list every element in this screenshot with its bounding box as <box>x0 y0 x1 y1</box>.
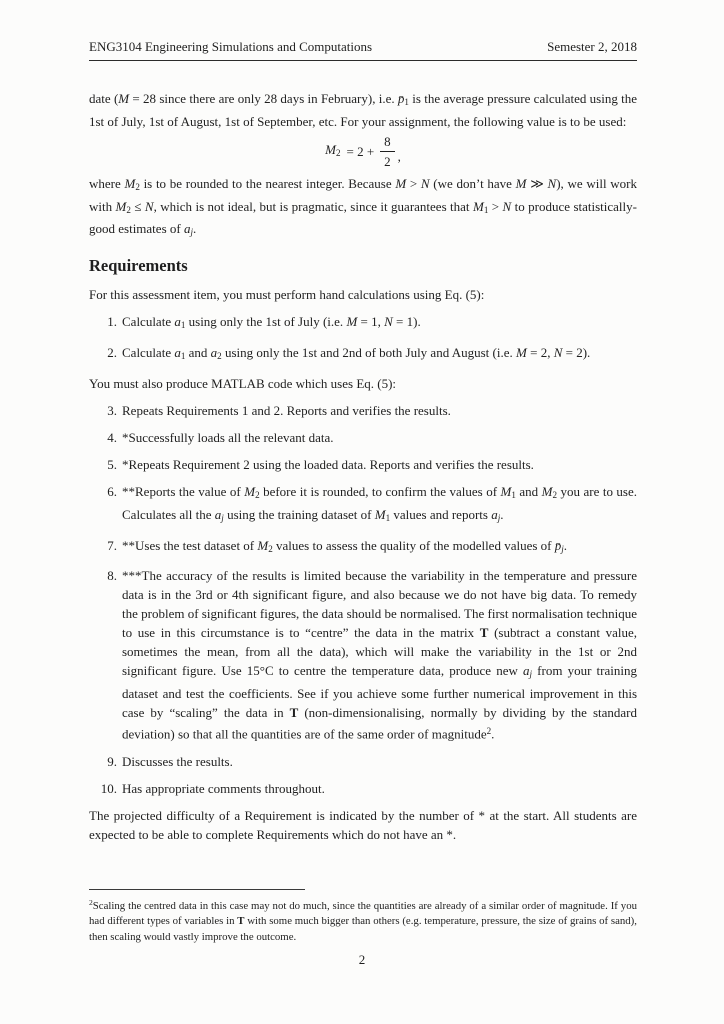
header-rule <box>89 60 637 61</box>
equation-mid: = 2 + <box>346 142 374 161</box>
equation-lhs: M2 <box>325 140 340 163</box>
page-number: 2 <box>0 950 724 969</box>
list-item: 6. **Reports the value of M2 before it i… <box>89 482 637 528</box>
list-item: 8. ***The accuracy of the results is lim… <box>89 566 637 743</box>
item-number: 2. <box>89 343 117 366</box>
item-text: *Repeats Requirement 2 using the loaded … <box>122 455 637 474</box>
footnote-rule <box>89 889 305 890</box>
list-item: 3. Repeats Requirements 1 and 2. Reports… <box>89 401 637 420</box>
list-item: 5. *Repeats Requirement 2 using the load… <box>89 455 637 474</box>
page-header: ENG3104 Engineering Simulations and Comp… <box>89 37 637 56</box>
item-text: **Reports the value of M2 before it is r… <box>122 482 637 528</box>
item-number: 4. <box>89 428 117 447</box>
paragraph-closing: The projected difficulty of a Requiremen… <box>89 806 637 844</box>
footnote-text: 2Scaling the centred data in this case m… <box>89 895 637 945</box>
item-number: 10. <box>89 779 117 798</box>
list-item: 4. *Successfully loads all the relevant … <box>89 428 637 447</box>
item-text: Repeats Requirements 1 and 2. Reports an… <box>122 401 637 420</box>
equation-display: M2 = 2 + 8 2 , <box>89 133 637 170</box>
requirements-list-hand: 1. Calculate a1 using only the 1st of Ju… <box>89 312 637 366</box>
item-text: ***The accuracy of the results is limite… <box>122 566 637 743</box>
header-course-title: ENG3104 Engineering Simulations and Comp… <box>89 37 372 56</box>
item-number: 5. <box>89 455 117 474</box>
item-text: Discusses the results. <box>122 752 637 771</box>
list-item: 1. Calculate a1 using only the 1st of Ju… <box>89 312 637 335</box>
fraction: 8 2 <box>380 133 395 170</box>
paragraph-hand-intro: For this assessment item, you must perfo… <box>89 285 637 304</box>
list-item: 7. **Uses the test dataset of M2 values … <box>89 536 637 559</box>
list-item: 10. Has appropriate comments throughout. <box>89 779 637 798</box>
footnote: 2Scaling the centred data in this case m… <box>89 889 637 945</box>
paragraph-intro-1: date (M = 28 since there are only 28 day… <box>89 89 637 131</box>
requirements-list-matlab: 3. Repeats Requirements 1 and 2. Reports… <box>89 401 637 798</box>
list-item: 9. Discusses the results. <box>89 752 637 771</box>
list-item: 2. Calculate a1 and a2 using only the 1s… <box>89 343 637 366</box>
paragraph-intro-2: where M2 is to be rounded to the nearest… <box>89 174 637 242</box>
item-text: *Successfully loads all the relevant dat… <box>122 428 637 447</box>
item-number: 1. <box>89 312 117 335</box>
section-heading-requirements: Requirements <box>89 256 637 276</box>
item-number: 7. <box>89 536 117 559</box>
item-number: 3. <box>89 401 117 420</box>
paragraph-matlab-intro: You must also produce MATLAB code which … <box>89 374 637 393</box>
item-text: Calculate a1 and a2 using only the 1st a… <box>122 343 637 366</box>
fraction-numerator: 8 <box>380 133 395 152</box>
item-text: **Uses the test dataset of M2 values to … <box>122 536 637 559</box>
fraction-denominator: 2 <box>380 152 395 170</box>
document-page: ENG3104 Engineering Simulations and Comp… <box>0 0 724 1024</box>
equation-comma: , <box>398 147 401 166</box>
item-text: Calculate a1 using only the 1st of July … <box>122 312 637 335</box>
item-number: 8. <box>89 566 117 743</box>
item-number: 9. <box>89 752 117 771</box>
header-semester: Semester 2, 2018 <box>547 37 637 56</box>
item-number: 6. <box>89 482 117 528</box>
item-text: Has appropriate comments throughout. <box>122 779 637 798</box>
